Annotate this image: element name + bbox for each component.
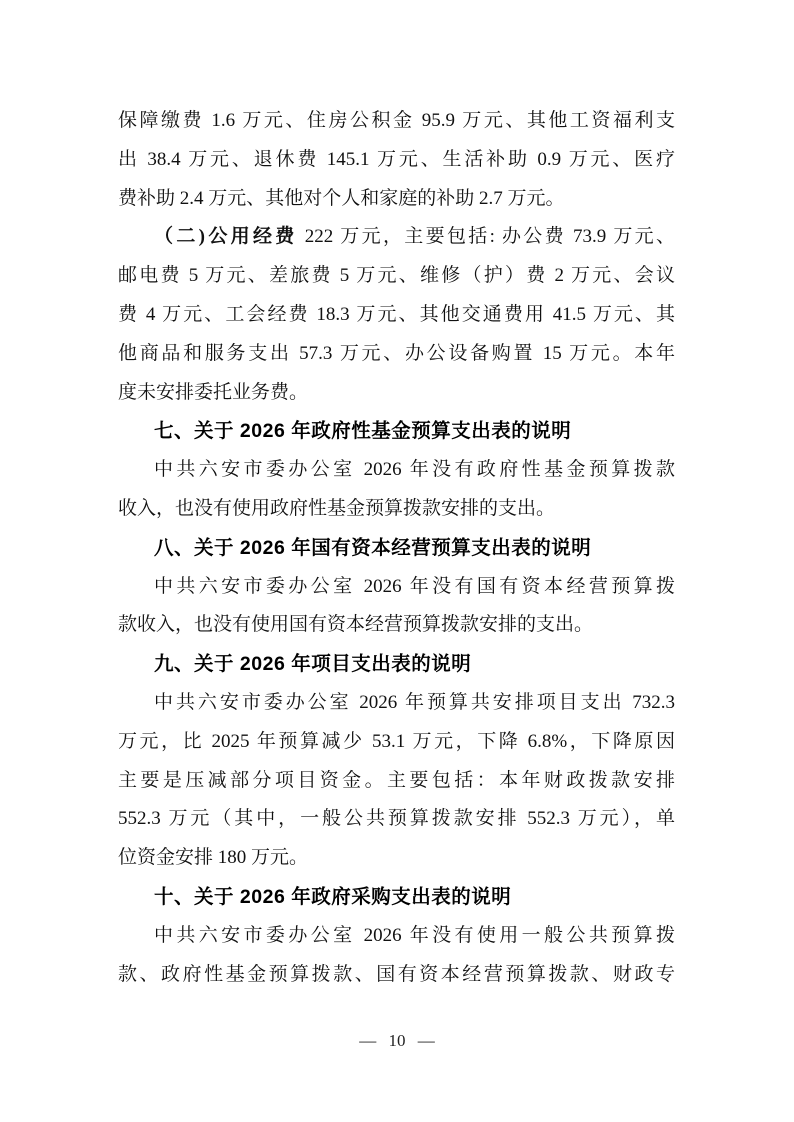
personnel-paragraph-line-2: 出 38.4 万元、退休费 145.1 万元、生活补助 0.9 万元、医疗 xyxy=(118,141,675,180)
section9-paragraph-line-3: 主要是压减部分项目资金。主要包括：本年财政拨款安排 xyxy=(118,762,675,801)
section9-heading: 九、关于 2026 年项目支出表的说明 xyxy=(118,645,675,684)
public-expense-paragraph-line-4: 他商品和服务支出 57.3 万元、办公设备购置 15 万元。本年 xyxy=(118,335,675,374)
section10-paragraph-line-2: 款、政府性基金预算拨款、国有资本经营预算拨款、财政专 xyxy=(118,956,675,995)
section9-paragraph-line-1: 中共六安市委办公室 2026 年预算共安排项目支出 732.3 xyxy=(118,684,675,723)
public-expense-paragraph-line-1: （二)公用经费 222 万元，主要包括: 办公费 73.9 万元、 xyxy=(118,218,675,257)
public-expense-paragraph-line-2: 邮电费 5 万元、差旅费 5 万元、维修（护）费 2 万元、会议 xyxy=(118,257,675,296)
section7-paragraph-line-1: 中共六安市委办公室 2026 年没有政府性基金预算拨款 xyxy=(118,451,675,490)
section8-heading: 八、关于 2026 年国有资本经营预算支出表的说明 xyxy=(118,529,675,568)
section9-paragraph-line-5: 位资金安排 180 万元。 xyxy=(118,839,675,878)
document-page: 保障缴费 1.6 万元、住房公积金 95.9 万元、其他工资福利支 出 38.4… xyxy=(0,0,794,1122)
section10-heading: 十、关于 2026 年政府采购支出表的说明 xyxy=(118,878,675,917)
section7-heading: 七、关于 2026 年政府性基金预算支出表的说明 xyxy=(118,412,675,451)
document-content: 保障缴费 1.6 万元、住房公积金 95.9 万元、其他工资福利支 出 38.4… xyxy=(118,102,675,994)
public-expense-lead-rest: 222 万元，主要包括: 办公费 73.9 万元、 xyxy=(298,226,675,247)
section7-paragraph-line-2: 收入，也没有使用政府性基金预算拨款安排的支出。 xyxy=(118,490,675,529)
personnel-paragraph-line-3: 费补助 2.4 万元、其他对个人和家庭的补助 2.7 万元。 xyxy=(118,180,675,219)
public-expense-lead: （二)公用经费 xyxy=(154,226,298,247)
section10-paragraph-line-1: 中共六安市委办公室 2026 年没有使用一般公共预算拨 xyxy=(118,917,675,956)
section8-paragraph-line-1: 中共六安市委办公室 2026 年没有国有资本经营预算拨 xyxy=(118,568,675,607)
section8-paragraph-line-2: 款收入，也没有使用国有资本经营预算拨款安排的支出。 xyxy=(118,606,675,645)
public-expense-paragraph-line-3: 费 4 万元、工会经费 18.3 万元、其他交通费用 41.5 万元、其 xyxy=(118,296,675,335)
section9-paragraph-line-2: 万元，比 2025 年预算减少 53.1 万元，下降 6.8%，下降原因 xyxy=(118,723,675,762)
section9-paragraph-line-4: 552.3 万元（其中，一般公共预算拨款安排 552.3 万元），单 xyxy=(118,800,675,839)
public-expense-paragraph-line-5: 度未安排委托业务费。 xyxy=(118,374,675,413)
page-number: — 10 — xyxy=(0,1031,794,1051)
personnel-paragraph-line-1: 保障缴费 1.6 万元、住房公积金 95.9 万元、其他工资福利支 xyxy=(118,102,675,141)
